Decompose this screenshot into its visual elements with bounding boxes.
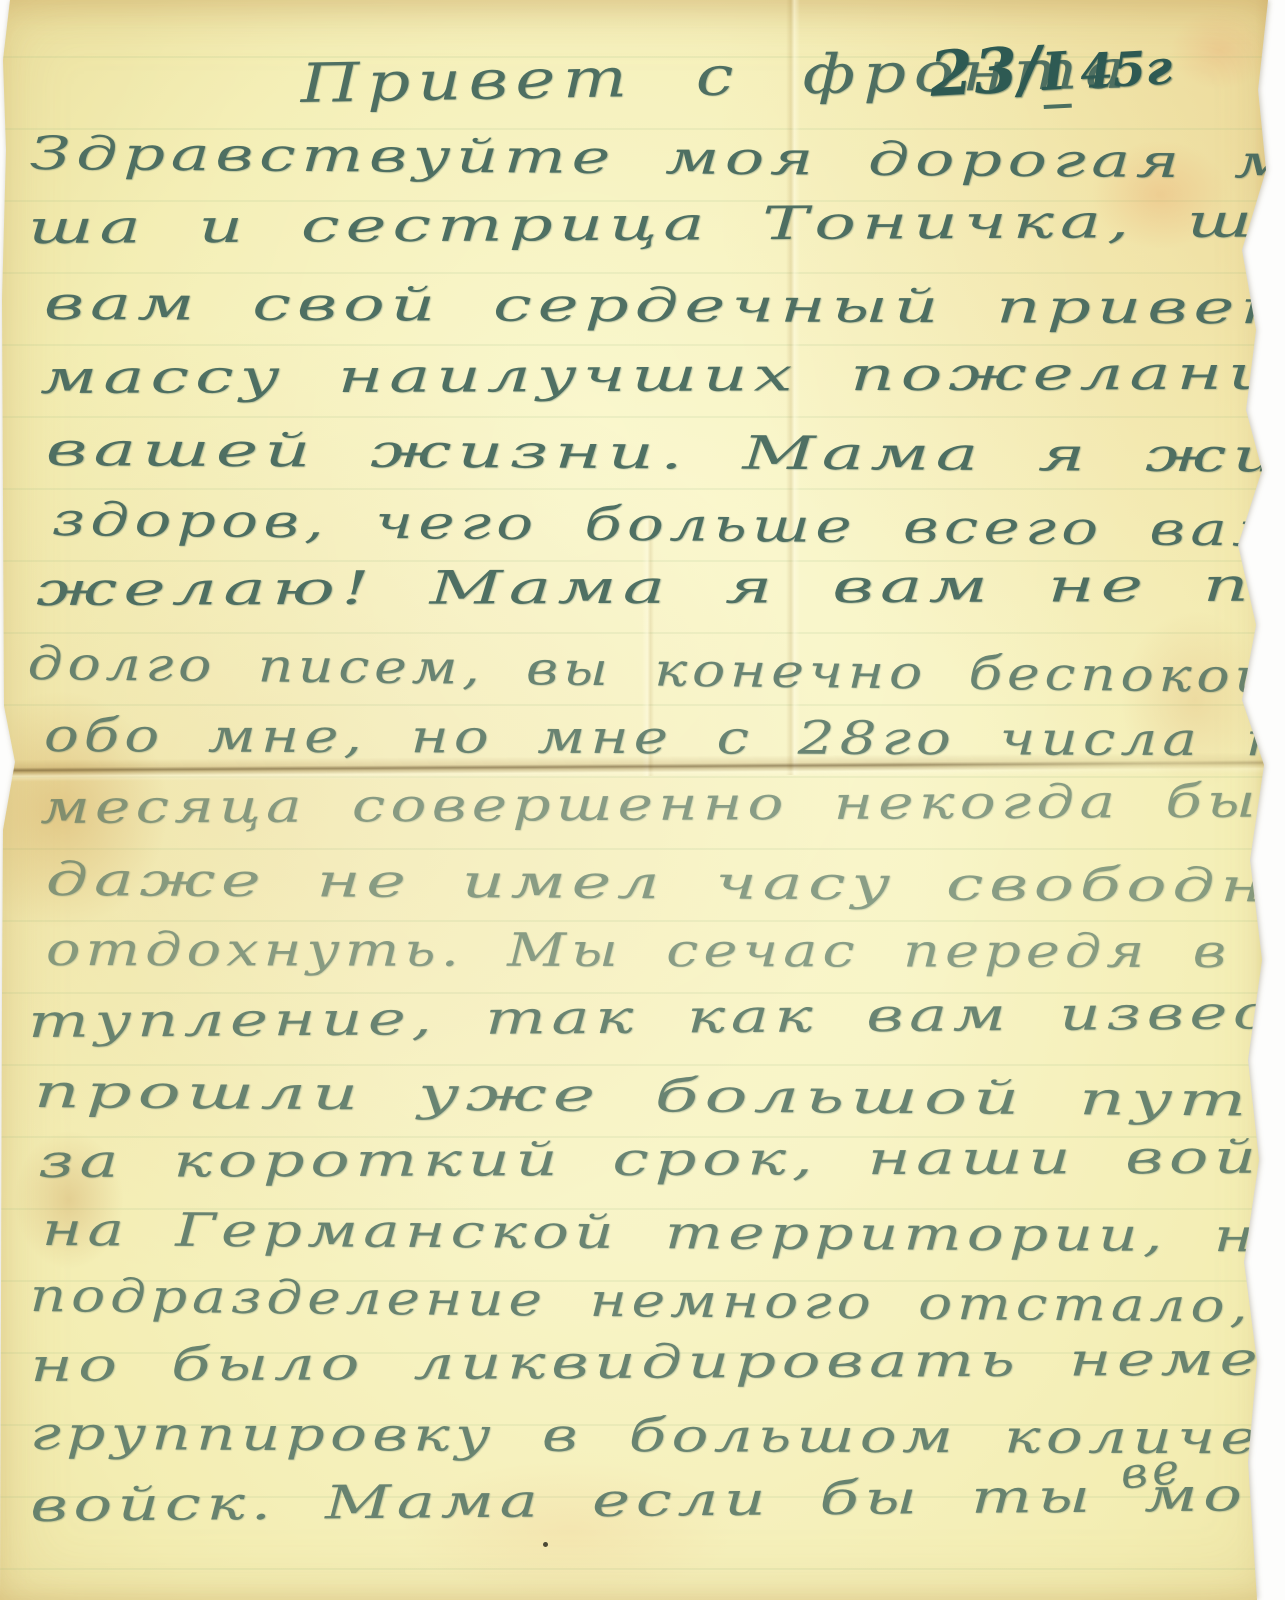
letter-paper: Привет с фронта 23/I45г Здравствуйте моя… bbox=[0, 0, 1285, 1600]
handwriting-line: на Германской территории, но мое bbox=[42, 1202, 1285, 1264]
handwriting-line: даже не имел часу свободного bbox=[46, 852, 1285, 913]
handwriting-line: тупление, так как вам известно bbox=[28, 984, 1285, 1048]
handwriting-line: войск. Мама если бы ты могла bbox=[30, 1466, 1285, 1532]
letter-date: 23/I45г bbox=[928, 25, 1174, 111]
handwriting-line: вашей жизни. Мама я жив и bbox=[46, 422, 1285, 483]
paper-shadow-wrap: Привет с фронта 23/I45г Здравствуйте моя… bbox=[0, 0, 1285, 1600]
handwriting-line: желаю! Мама я вам не писал bbox=[36, 557, 1285, 616]
scanned-letter-page: Привет с фронта 23/I45г Здравствуйте моя… bbox=[0, 0, 1285, 1600]
handwriting-line: здоров, чего больше всего вам bbox=[52, 492, 1285, 557]
handwriting-line: массу наилучших пожеланий в bbox=[40, 345, 1285, 404]
handwriting-line: вам свой сердечный привет и bbox=[44, 276, 1285, 335]
date-month: I bbox=[1040, 41, 1072, 109]
handwriting-line: месяца совершенно некогда было bbox=[40, 773, 1285, 834]
date-year: 45г bbox=[1079, 40, 1174, 100]
handwriting-line: за короткий срок, наши войска bbox=[38, 1129, 1285, 1188]
torn-edge-shading bbox=[1255, 0, 1285, 1600]
handwriting-line: прошли уже большой путь bbox=[34, 1064, 1285, 1127]
handwriting-line: обо мне, но мне с 28го числа того bbox=[44, 708, 1285, 767]
ink-speck bbox=[543, 1542, 548, 1547]
date-day: 23/ bbox=[928, 32, 1044, 111]
handwriting-line: группировку в большом количест- bbox=[30, 1406, 1285, 1465]
handwriting-line: ша и сестрица Тоничка, шлю я bbox=[28, 192, 1285, 254]
handwriting-line: отдохнуть. Мы сечас передя в нас- bbox=[46, 922, 1285, 978]
handwriting-line: Здравствуйте моя дорогая мама- bbox=[30, 126, 1285, 190]
handwriting-line: но было ликвидировать немецкую bbox=[30, 1330, 1285, 1392]
